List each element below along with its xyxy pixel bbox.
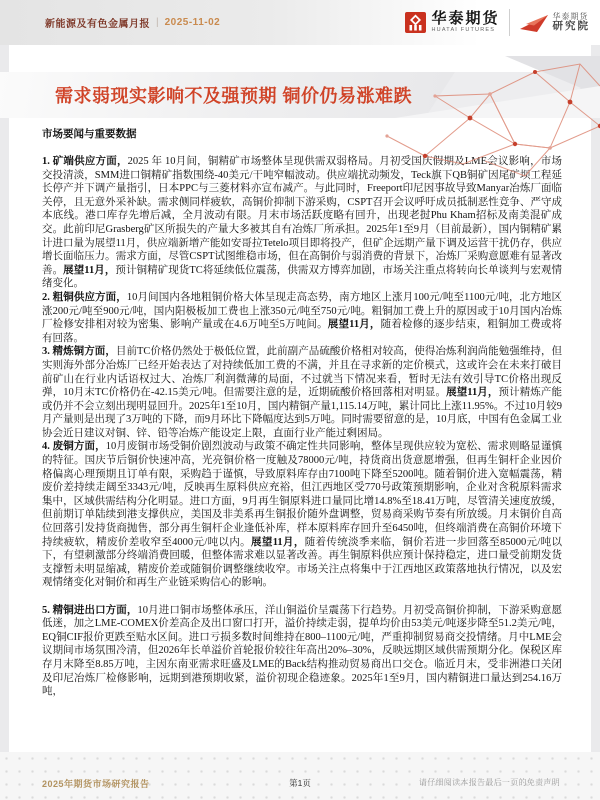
paragraph-lead-label: 1. 矿端供应方面，: [42, 156, 128, 167]
huatai-logo-icon: [405, 12, 426, 33]
footer-page-number: 第1页: [289, 777, 311, 789]
footer-dot-pattern: [0, 752, 600, 800]
paragraph-lead-label: 4. 废铜方面，: [42, 441, 106, 452]
header-separator: |: [156, 17, 159, 28]
report-date: 2025-11-02: [165, 17, 221, 28]
paragraph-lead-label: 展望11月，: [63, 265, 115, 276]
research-logo-text: 华泰期货 研究院: [553, 12, 591, 33]
research-institute-logo: 华泰期货 研究院: [519, 12, 591, 34]
report-paragraph: 5. 精铜进出口方面，10月进口铜市场整体承压，洋山铜溢价呈震荡下行趋势。月初受…: [42, 604, 562, 699]
footer-disclaimer-note: 请仔细阅读本报告最后一页的免责声明: [419, 777, 560, 788]
page-right-margin: [591, 44, 600, 800]
huatai-logo-cn: 华泰期货: [431, 12, 499, 27]
report-paragraph: 3. 精炼铜方面，目前TC价格仍然处于极低位置，此前副产品硫酸价格相对较高，使得…: [42, 345, 562, 440]
research-logo-icon: [519, 12, 549, 34]
report-paragraph: 2. 粗铜供应方面，10月间国内各地粗铜价格大体呈现走高态势，南方地区上涨月10…: [42, 291, 562, 345]
report-paragraph: 4. 废铜方面，10月废铜市场受铜价剧烈波动与政策不确定性共同影响，整体呈现供应…: [42, 440, 562, 590]
report-title: 需求弱现实影响不及强预期 铜价仍易涨难跌: [55, 82, 412, 108]
footer-report-series: 2025年期货市场研究报告: [42, 777, 150, 790]
page-left-margin: [0, 44, 9, 800]
paragraph-lead-label: 3. 精炼铜方面，: [42, 346, 116, 357]
huatai-logo-text: 华泰期货 HUATAI FUTURES: [431, 12, 499, 34]
report-type-label: 新能源及有色金属月报: [45, 15, 150, 30]
report-page: 新能源及有色金属月报 | 2025-11-02 华泰期货 HUATAI FUTU…: [0, 0, 600, 800]
title-band: 需求弱现实影响不及强预期 铜价仍易涨难跌: [0, 72, 600, 118]
header-meta: 新能源及有色金属月报 | 2025-11-02: [45, 15, 220, 30]
paragraphs-container: 1. 矿端供应方面，2025 年 10月间，铜精矿市场整体呈现供需双弱格局。月初…: [42, 155, 562, 699]
paragraph-text: 预计铜精矿现货TC将延续低位震荡，供需双方博弈加剧，市场关注重点将转向长单谈判与…: [42, 265, 562, 290]
paragraph-lead-label: 展望11月，: [446, 387, 498, 398]
logo-divider: [509, 9, 510, 36]
header-logos: 华泰期货 HUATAI FUTURES 华泰期货 研究院: [405, 9, 592, 36]
paragraph-lead-label: 展望11月，: [328, 319, 381, 330]
paragraph-lead-label: 展望11月，: [251, 537, 305, 548]
research-logo-line2: 研究院: [553, 21, 591, 33]
paragraph-lead-label: 5. 精铜进出口方面，: [42, 605, 138, 616]
report-body: 市场要闻与重要数据 1. 矿端供应方面，2025 年 10月间，铜精矿市场整体呈…: [42, 126, 562, 699]
paragraph-text: 2025 年 10月间，铜精矿市场整体呈现供需双弱格局。月初受国庆假期及LME会…: [42, 156, 562, 276]
report-paragraph: 1. 矿端供应方面，2025 年 10月间，铜精矿市场整体呈现供需双弱格局。月初…: [42, 155, 562, 291]
section-heading: 市场要闻与重要数据: [42, 126, 562, 141]
paragraph-text: 10月废铜市场受铜价剧烈波动与政策不确定性共同影响，整体呈现供应较为宽松、需求则…: [42, 441, 562, 547]
page-footer: 2025年期货市场研究报告 第1页 请仔细阅读本报告最后一页的免责声明: [0, 777, 600, 791]
huatai-futures-logo: 华泰期货 HUATAI FUTURES: [405, 12, 499, 34]
huatai-logo-en: HUATAI FUTURES: [431, 27, 499, 34]
research-logo-line1: 华泰期货: [553, 12, 591, 21]
paragraph-lead-label: 2. 粗铜供应方面，: [42, 292, 127, 303]
paragraph-text: 10月进口铜市场整体承压，洋山铜溢价呈震荡下行趋势。月初受高铜价抑制，下游采购意…: [42, 605, 562, 698]
page-header: 新能源及有色金属月报 | 2025-11-02 华泰期货 HUATAI FUTU…: [0, 0, 600, 45]
